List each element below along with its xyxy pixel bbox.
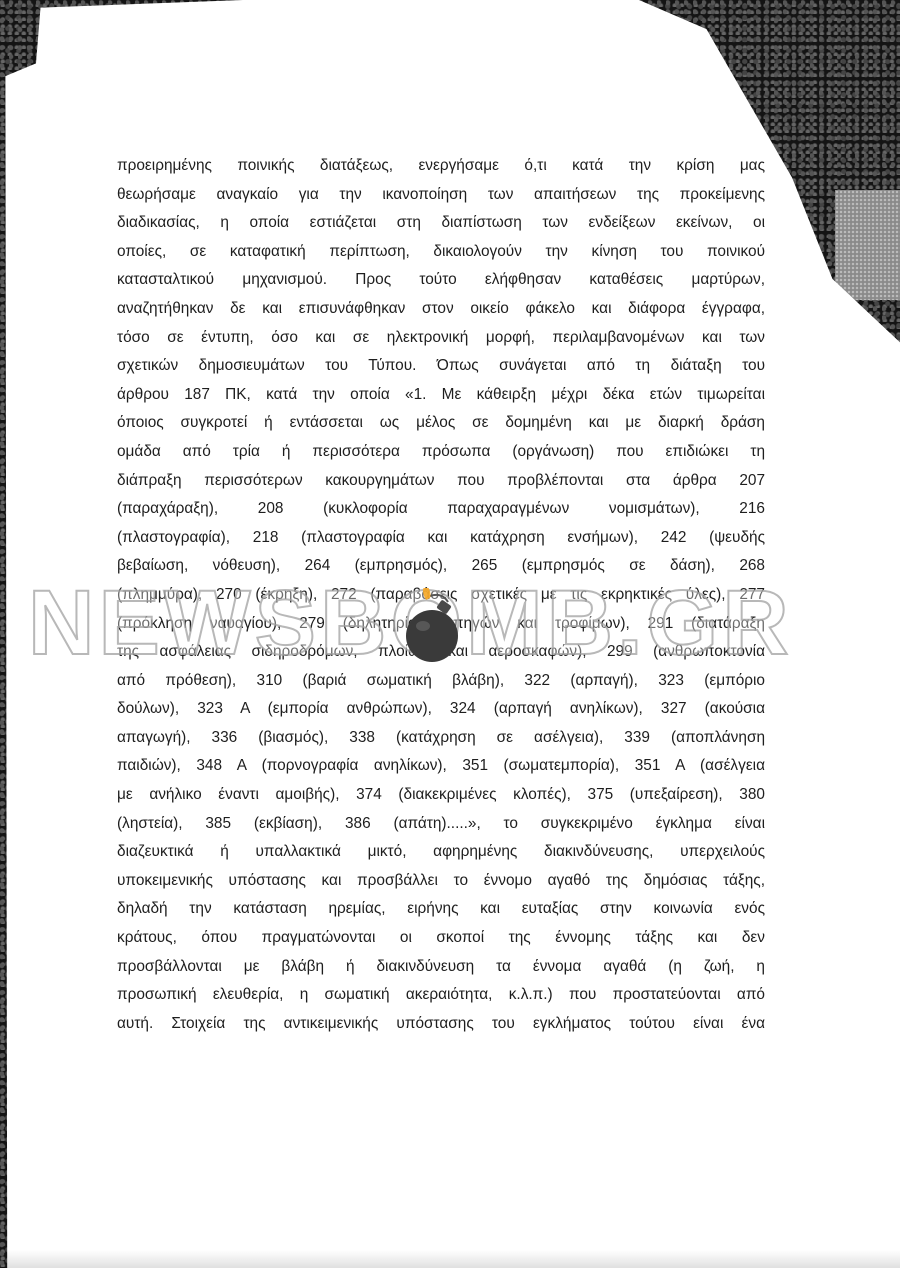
text-line: αυτή. Στοιχεία της αντικειμενικής υπόστα…	[117, 1010, 765, 1039]
text-line: οποίες, σε καταφατική περίπτωση, δικαιολ…	[117, 238, 765, 267]
text-line: δούλων), 323 Α (εμπορία ανθρώπων), 324 (…	[117, 695, 765, 724]
text-line: κράτους, όπου πραγματώνονται οι σκοποί τ…	[117, 924, 765, 953]
document-body-text: προειρημένης ποινικής διατάξεως, ενεργήσ…	[117, 152, 765, 1038]
text-line: παιδιών), 348 Α (πορνογραφία ανηλίκων), …	[117, 752, 765, 781]
text-line: υποκειμενικής υπόστασης και προσβάλλει τ…	[117, 867, 765, 896]
text-line: από πρόθεση), 310 (βαριά σωματική βλάβη)…	[117, 667, 765, 696]
text-line: άρθρου 187 ΠΚ, κατά την οποία «1. Με κάθ…	[117, 381, 765, 410]
text-line: προσβάλλονται με βλάβη ή διακινδύνευση τ…	[117, 953, 765, 982]
scan-backdrop-texture	[835, 190, 900, 300]
text-line: αναζητήθηκαν δε και επισυνάφθηκαν στον ο…	[117, 295, 765, 324]
text-line: (παραχάραξη), 208 (κυκλοφορία παραχαραγμ…	[117, 495, 765, 524]
text-line: προσωπική ελευθερία, η σωματική ακεραιότ…	[117, 981, 765, 1010]
text-line: με ανήλικο έναντι αμοιβής), 374 (διακεκρ…	[117, 781, 765, 810]
text-line: απαγωγή), 336 (βιασμός), 338 (κατάχρηση …	[117, 724, 765, 753]
text-line: σχετικών δημοσιευμάτων του Τύπου. Όπως σ…	[117, 352, 765, 381]
text-line: (πρόκληση ναυαγίου), 279 (δηλητηρίαση πη…	[117, 610, 765, 639]
text-line: διάπραξη περισσότερων κακουργημάτων που …	[117, 467, 765, 496]
text-line: διαδικασίας, η οποία εστιάζεται στη διαπ…	[117, 209, 765, 238]
text-line: όποιος συγκροτεί ή εντάσσεται ως μέλος σ…	[117, 409, 765, 438]
text-line: προειρημένης ποινικής διατάξεως, ενεργήσ…	[117, 152, 765, 181]
text-line: θεωρήσαμε αναγκαίο για την ικανοποίηση τ…	[117, 181, 765, 210]
text-line: (πλαστογραφία), 218 (πλαστογραφία και κα…	[117, 524, 765, 553]
text-line: βεβαίωση, νόθευση), 264 (εμπρησμός), 265…	[117, 552, 765, 581]
text-line: τόσο σε έντυπη, όσο και σε ηλεκτρονική μ…	[117, 324, 765, 353]
text-line: διαζευκτικά ή υπαλλακτικά μικτό, αφηρημέ…	[117, 838, 765, 867]
text-line: της ασφάλειας σιδηροδρόμων, πλοίων και α…	[117, 638, 765, 667]
text-line: (ληστεία), 385 (εκβίαση), 386 (απάτη)...…	[117, 810, 765, 839]
text-line: (πλημμύρα), 270 (έκρηξη), 272 (παραβάσει…	[117, 581, 765, 610]
text-line: κατασταλτικού μηχανισμού. Προς τούτο ελή…	[117, 266, 765, 295]
text-line: δηλαδή την κατάσταση ηρεμίας, ειρήνης κα…	[117, 895, 765, 924]
text-line: ομάδα από τρία ή περισσότερα πρόσωπα (ορ…	[117, 438, 765, 467]
